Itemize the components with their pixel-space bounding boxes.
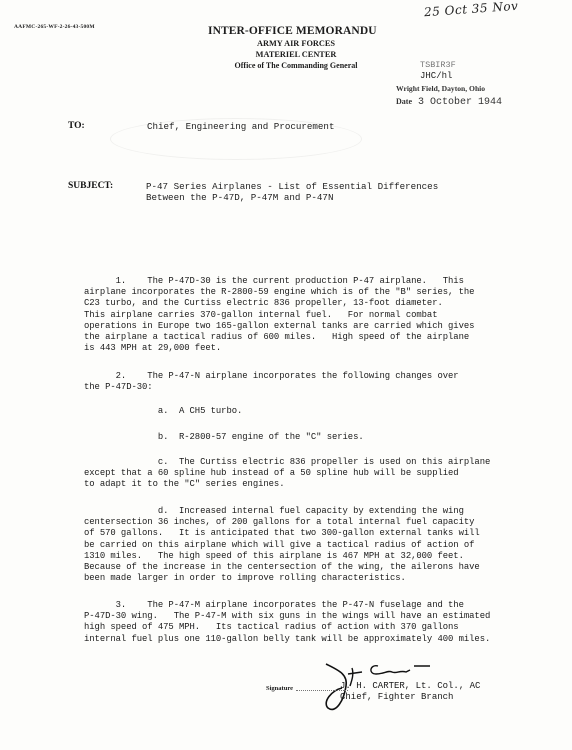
signer-name: J. H. CARTER, Lt. Col., AC [340,681,480,692]
signer-title: Chief, Fighter Branch [340,692,480,703]
letterhead-office: Office of The Commanding General [196,60,396,71]
letterhead-title: INTER-OFFICE MEMORANDU [196,24,396,38]
letterhead: INTER-OFFICE MEMORANDU ARMY AIR FORCES M… [196,24,396,71]
subject-line-2: Between the P-47D, P-47M and P-47N [146,192,333,203]
signature-block: J. H. CARTER, Lt. Col., ACChief, Fighter… [340,681,480,703]
letterhead-org: ARMY AIR FORCES [196,38,396,49]
signature-label: Signature [266,685,293,692]
reference-initials: JHC/hl [396,71,502,82]
paragraph-2: 2. The P-47-N airplane incorporates the … [84,371,546,393]
form-code: AAFMC-265-WF-2-26-43-500M [14,24,95,30]
paragraph-3: 3. The P-47-M airplane incorporates the … [84,600,546,645]
paragraph-2a: a. A CH5 turbo. [84,406,546,417]
letterhead-center: MATERIEL CENTER [196,49,396,60]
handwritten-note: 25 Oct 35 Nov [424,0,519,19]
paragraph-2d: d. Increased internal fuel capacity by e… [84,506,546,584]
paragraph-2c: c. The Curtiss electric 836 propeller is… [84,457,546,491]
reference-block: TSBIR3F JHC/hl Wright Field, Dayton, Ohi… [396,60,502,108]
paragraph-2b: b. R-2800-57 engine of the "C" series. [84,432,546,443]
reference-code: TSBIR3F [396,60,502,71]
memo-page: AAFMC-265-WF-2-26-43-500M INTER-OFFICE M… [0,0,572,750]
date-label: Date [396,97,412,106]
reference-date: Date3 October 1944 [396,96,502,108]
paragraph-1: 1. The P-47D-30 is the current productio… [84,276,546,354]
to-value: Chief, Engineering and Procurement [147,121,334,132]
subject-label: SUBJECT: [68,181,113,191]
date-value: 3 October 1944 [418,97,502,108]
subject-line-1: P-47 Series Airplanes - List of Essentia… [146,181,438,192]
to-label: TO: [68,121,85,131]
reference-place: Wright Field, Dayton, Ohio [396,83,502,94]
